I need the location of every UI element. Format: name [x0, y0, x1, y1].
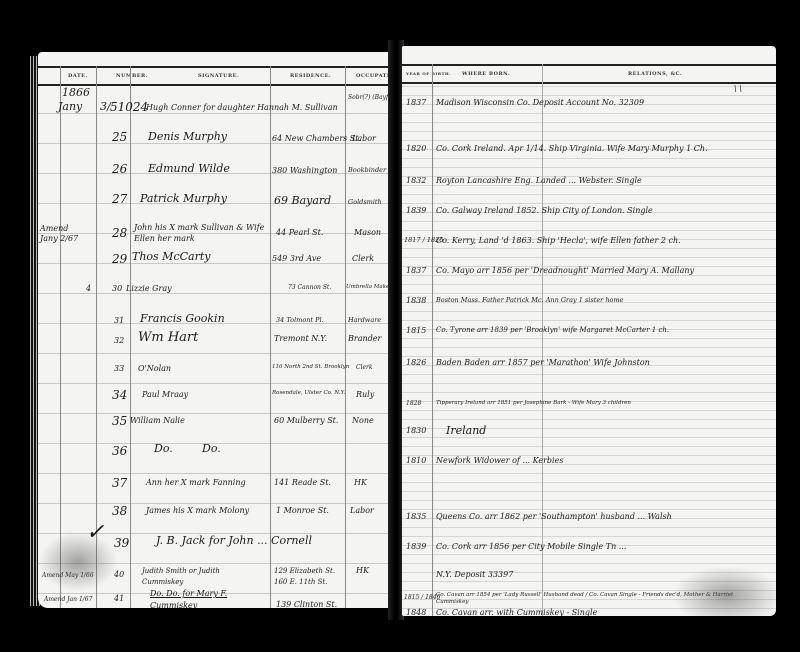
birth-year: 1820 — [406, 144, 426, 153]
header-where-born: Where Born. — [462, 71, 510, 77]
birth-year: 1815 / 1846 — [404, 594, 440, 601]
residence: 73 Cannon St. — [288, 284, 331, 291]
entry-number: 35 — [112, 414, 127, 428]
residence: Rosendale, Ulster Co. N.Y. — [272, 390, 345, 396]
entry-number: 34 — [112, 388, 127, 402]
residence: 44 Pearl St. — [276, 228, 323, 237]
occupation: Umbrella Maker — [346, 284, 390, 290]
occupation: Labor — [350, 506, 374, 515]
signature: Do. — [154, 442, 173, 455]
birthplace-notes: Queens Co. arr 1862 per 'Southampton' hu… — [436, 512, 672, 521]
date-note: 4 — [86, 284, 91, 293]
birthplace-notes: Royton Lancashire Eng. Landed ... Webste… — [436, 176, 642, 185]
ruled-lines — [402, 78, 776, 616]
residence: 60 Mulberry St. — [274, 416, 338, 425]
entry-number: 31 — [114, 316, 124, 325]
residence: Do. — [202, 442, 221, 455]
birthplace-notes: Madison Wisconsin Co. Deposit Account No… — [436, 98, 644, 107]
entry-number: 51024 — [110, 100, 148, 114]
birth-year: 1810 — [406, 456, 426, 465]
birth-year: 1837 — [406, 266, 426, 275]
signature: Ann her X mark Fanning — [146, 478, 246, 487]
entry-number: 37 — [112, 476, 127, 490]
signature: Judith Smith or Judith Cummiskey — [142, 566, 262, 588]
residence: 116 North 2nd St. Brooklyn — [272, 364, 349, 370]
residence: 380 Washington — [272, 166, 337, 175]
residence: 34 Tolmont Pl. — [276, 316, 324, 324]
signature: Wm Hart — [138, 330, 198, 345]
year-label: 1866 — [62, 86, 90, 99]
header-occupation: Occupation. — [356, 73, 390, 79]
ledger-scan: Date. Number. Signature. Residence. Occu… — [0, 0, 800, 652]
residence: 129 Elizabeth St. 160 E. 11th St. — [274, 566, 344, 588]
occupation: Brander — [348, 334, 381, 343]
header-relations: Relations, &c. — [628, 71, 682, 77]
entry-number: 32 — [114, 336, 124, 345]
occupation: None — [352, 416, 374, 425]
signature: O'Nolan — [138, 364, 171, 373]
signature: Paul Mraay — [142, 390, 188, 399]
entry-number: 25 — [112, 130, 127, 144]
amend-note: Amend Jany 2/67 — [40, 224, 80, 244]
birthplace-notes: Co. Cork Ireland. Apr 1/14. Ship Virgini… — [436, 144, 708, 153]
birth-year: 1835 — [406, 512, 426, 521]
header-number: Number. — [116, 73, 148, 79]
right-page: Year of Birth. Where Born. Relations, &c… — [402, 46, 776, 616]
signature: John his X mark Sullivan & Wife Ellen he… — [134, 222, 268, 244]
signature: J. B. Jack for John ... Cornell — [156, 534, 312, 547]
signature: Thos McCarty — [132, 250, 210, 263]
signature: Francis Gookin — [140, 312, 225, 325]
right-header-row: Year of Birth. Where Born. Relations, &c… — [402, 64, 776, 84]
column-rule — [270, 66, 271, 608]
residence: 141 Reade St. — [274, 478, 331, 487]
entry-number: 29 — [112, 252, 127, 266]
entry-number: 41 — [114, 594, 124, 603]
header-date: Date. — [68, 73, 88, 79]
entry-number: 26 — [112, 162, 127, 176]
column-rule — [60, 66, 61, 608]
residence: 1 Monroe St. — [276, 506, 329, 515]
birthplace-notes: Tipperary Ireland arr 1851 per Josephine… — [436, 400, 631, 406]
birthplace-notes: Co. Cork arr 1856 per City Mobile Single… — [436, 542, 626, 551]
birthplace-notes: Co. Mayo arr 1856 per 'Dreadnought' Marr… — [436, 266, 694, 275]
occupation: Labor — [352, 134, 376, 143]
signature: Denis Murphy — [148, 130, 227, 143]
entry-number: 27 — [112, 192, 127, 206]
birthplace-notes: Baden Baden arr 1857 per 'Marathon' Wife… — [436, 358, 650, 367]
header-signature: Signature. — [198, 73, 239, 79]
entry-number: 38 — [112, 504, 127, 518]
amend-note: Amend Jan 1/67 — [44, 596, 92, 603]
header-residence: Residence. — [290, 73, 331, 79]
birth-year: 1815 — [406, 326, 426, 335]
birthplace-notes: Newfork Widower of ... Kerbies — [436, 456, 563, 465]
birth-year: 1832 — [406, 176, 426, 185]
occupation: Sobr(?) (Bayfield) — [348, 94, 390, 101]
column-rule — [345, 66, 346, 608]
birthplace-notes: Co. Galway Ireland 1852. Ship City of Lo… — [436, 206, 653, 215]
signature: Patrick Murphy — [140, 192, 227, 205]
signature: William Nalie — [130, 416, 185, 425]
birth-year: 1828 — [406, 400, 421, 407]
birthplace-notes: Co. Kerry, Land 'd 1863. Ship 'Hecla', w… — [436, 236, 681, 245]
birth-year: 1839 — [406, 206, 426, 215]
entry-number: 28 — [112, 226, 127, 240]
residence: 549 3rd Ave — [272, 254, 321, 263]
occupation: Clerk — [356, 364, 373, 371]
residence: 69 Bayard — [274, 194, 331, 207]
birthplace-notes: Co. Cavan arr. with Cummiskey - Single — [436, 608, 597, 616]
occupation: Ruly — [356, 390, 374, 399]
entry-number: 36 — [112, 444, 127, 458]
column-rule — [130, 66, 131, 608]
birth-year: 1830 — [406, 426, 426, 435]
left-page: Date. Number. Signature. Residence. Occu… — [38, 52, 390, 608]
birth-year: 1838 — [406, 296, 426, 305]
birthplace-notes: Boston Mass. Father Patrick Mc. Ann Gray… — [436, 296, 623, 304]
birthplace-notes: Ireland — [446, 424, 486, 437]
signature: James his X mark Molony — [146, 506, 249, 515]
signature: Lizzie Gray — [126, 284, 172, 293]
residence: 139 Clinton St. — [276, 600, 337, 608]
header-year-of-birth: Year of Birth. — [406, 71, 451, 76]
birth-year: 1848 — [406, 608, 426, 616]
occupation: HK — [356, 566, 369, 575]
residence: 64 New Chambers St. — [272, 134, 361, 143]
tick-marks: \ \ — [734, 84, 742, 93]
occupation: Clerk — [352, 254, 374, 263]
occupation: Mason — [354, 228, 381, 237]
month-label: Jany — [58, 100, 82, 113]
birth-year: 1837 — [406, 98, 426, 107]
left-header-row: Date. Number. Signature. Residence. Occu… — [38, 66, 390, 86]
occupation: HK — [354, 478, 367, 487]
entry-number: 33 — [114, 364, 124, 373]
deposit-note: N.Y. Deposit 33397 — [436, 570, 513, 579]
occupation: Goldsmith — [348, 198, 382, 206]
column-rule — [432, 64, 433, 616]
signature: Hugh Conner for daughter Hannah M. Sulli… — [146, 103, 338, 112]
residence: Tremont N.Y. — [274, 334, 327, 343]
entry-number: 39 — [114, 536, 129, 550]
ink-smudge — [38, 532, 118, 592]
signature: Do. Do. for Mary F. Cummiskey — [150, 588, 270, 608]
occupation: Bookbinder — [348, 166, 386, 174]
birthplace-notes: Co. Tyrone arr 1839 per 'Brooklyn' wife … — [436, 326, 669, 334]
entry-number: 30 — [112, 284, 122, 293]
birth-year: 1839 — [406, 542, 426, 551]
signature: Edmund Wilde — [148, 162, 230, 175]
occupation: Hardware — [348, 316, 381, 324]
birth-year: 1826 — [406, 358, 426, 367]
